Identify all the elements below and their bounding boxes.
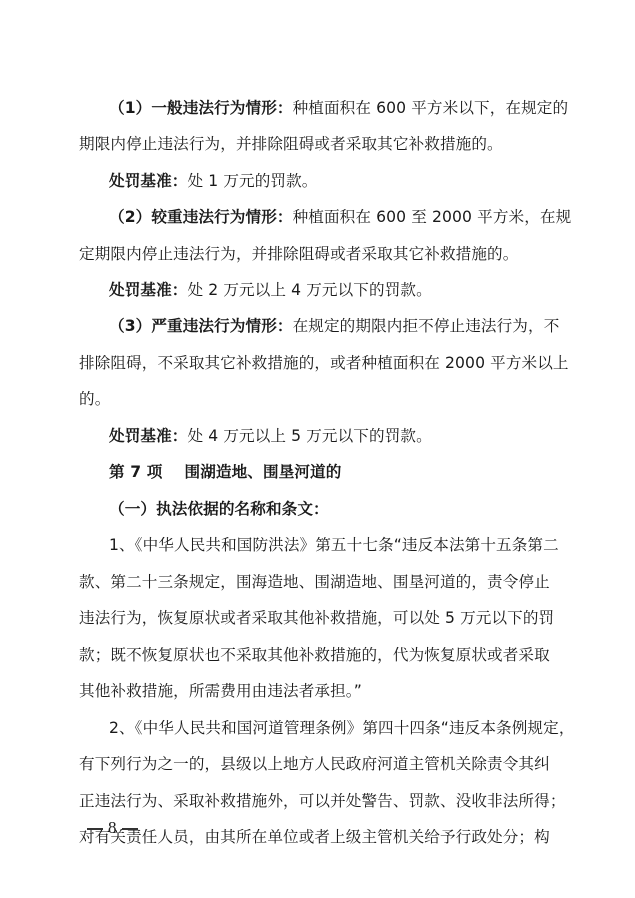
- article-1-line: 款；既不恢复原状也不采取其他补救措施的，代为恢复原状或者采取: [79, 645, 550, 665]
- paragraph-serious-case: （2）较重违法行为情形：种植面积在 600 至 2000 平方米，在规: [109, 207, 571, 227]
- subsection-heading: （一）执法依据的名称和条文：: [109, 499, 329, 519]
- paragraph-general-case: （1）一般违法行为情形：种植面积在 600 平方米以下，在规定的: [109, 98, 568, 118]
- penalty-standard: 处罚基准：处 2 万元以上 4 万元以下的罚款。: [109, 280, 432, 300]
- section-heading: 第 7 项 围湖造地、围垦河道的: [109, 462, 341, 482]
- paragraph-severe-case: （3）严重违法行为情形：在规定的期限内拒不停止违法行为，不: [109, 316, 559, 336]
- paragraph-line: 排除阻碍，不采取其它补救措施的，或者种植面积在 2000 平方米以上: [79, 353, 569, 373]
- article-1-line: 违法行为，恢复原状或者采取其他补救措施，可以处 5 万元以下的罚: [79, 608, 554, 628]
- article-2-line: 正违法行为、采取补救措施外，可以并处警告、罚款、没收非法所得；: [79, 791, 566, 811]
- article-1-line: 款、第二十三条规定，围海造地、围湖造地、围垦河道的，责令停止: [79, 572, 550, 592]
- penalty-standard: 处罚基准：处 1 万元的罚款。: [109, 171, 317, 191]
- paragraph-line: 的。: [79, 389, 110, 409]
- article-2-line: 对有关责任人员，由其所在单位或者上级主管机关给予行政处分；构: [79, 827, 550, 847]
- dash-decoration: [122, 828, 138, 830]
- case-label: （1）一般违法行为情形：: [109, 99, 293, 117]
- paragraph-line: 定期限内停止违法行为，并排除阻碍或者采取其它补救措施的。: [79, 244, 518, 264]
- paragraph-line: 期限内停止违法行为，并排除阻碍或者采取其它补救措施的。: [79, 134, 503, 154]
- article-2-line: 有下列行为之一的，县级以上地方人民政府河道主管机关除责令其纠: [79, 754, 550, 774]
- page-number: 8: [108, 818, 117, 837]
- page-footer: 8: [82, 818, 143, 838]
- penalty-standard: 处罚基准：处 4 万元以上 5 万元以下的罚款。: [109, 426, 432, 446]
- article-1-line: 其他补救措施，所需费用由违法者承担。”: [79, 681, 362, 701]
- article-2-line: 2、《中华人民共和国河道管理条例》第四十四条“违反本条例规定，: [109, 718, 575, 738]
- dash-decoration: [87, 828, 103, 830]
- article-1-line: 1、《中华人民共和国防洪法》第五十七条“违反本法第十五条第二: [109, 535, 559, 555]
